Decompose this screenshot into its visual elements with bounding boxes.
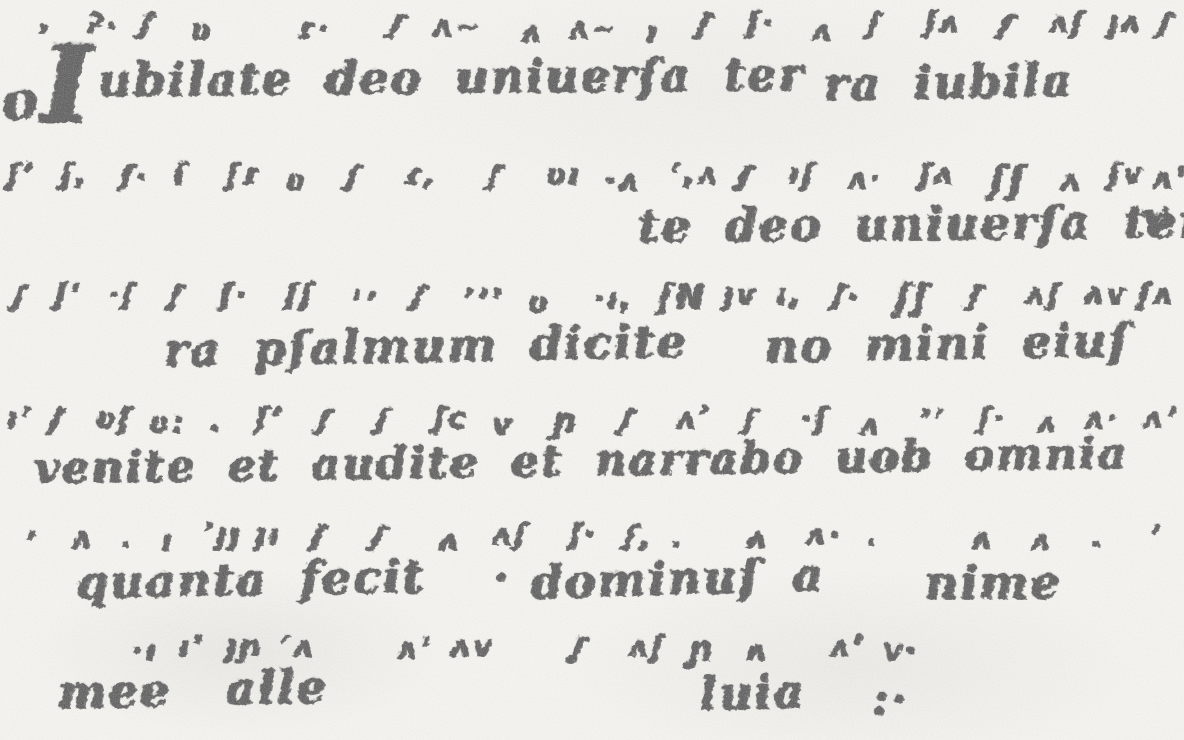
chant-text-segment: ra iubila [822,56,1073,106]
chant-text-segment: nime [924,558,1061,604]
neume-cluster: ı [645,14,658,48]
neume-cluster: ſ [172,156,188,190]
neume-cluster: ʃ, [59,156,88,190]
neume-cluster: ʼ [1148,518,1162,552]
neume-cluster: ʃ· [118,156,150,193]
neume-cluster: ʌʼ [829,628,865,662]
neume-cluster: ʃ [995,5,1018,42]
neume-cluster: ʃ [740,400,760,436]
neume-cluster: ʃʼ [255,400,284,434]
neume-cluster: ʌv [1083,276,1127,310]
neume-cluster: ɾ· [296,10,330,44]
neume-cluster: ʃʼ [6,156,35,190]
chant-text-segment: v [1138,191,1171,240]
neume-cluster: ʃ [373,400,392,435]
chant-text-segment: venite et audite et narrabo uob omnia [33,431,1128,490]
neume-cluster: ʃ· [746,4,775,38]
neume-cluster: ı, [776,276,803,310]
system-2: ʃʼʃ,ʃ·ſʃɾʋʃɾ,ʃʋı·ʌʼ,ʌʃıʃʌ·ʃʌʃʃʌʃvʌʼte de… [0,150,1184,268]
neume-cluster: ʌ [811,12,833,46]
system-5: ʼʌ·ıʼȷȷȷıʃʃʌʌʃʃ·ʃ,·ʌʌ··ʌʌ·ʼquanta fecit·… [0,514,1184,626]
neume-cluster: ʃ [485,156,505,192]
neume-cluster: ·ʃ [799,400,828,434]
neume-cluster: ʌʃ [628,628,665,662]
neume-cluster: ʃ [616,401,638,437]
neume-cluster: ʃ [408,277,430,313]
neume-cluster: ʃ [47,400,67,436]
neume-cluster: ʌv [450,628,494,662]
neume-cluster: ʃʃ [989,156,1027,200]
neume-cluster: ʃ, [622,516,654,553]
chant-text-segment: · [491,552,509,598]
neume-cluster: ʌ~ [432,8,481,42]
neume-cluster: ʌ [1030,522,1052,556]
neume-cluster: ıʼ [178,628,205,662]
neume-cluster: ʌ [1060,162,1082,196]
system-4: ıʼʃʋʃʋ:·ʃʼʃʃʃcvɲʃʌʼʃ·ʃʌʼʼʃ·ʌʌ·ʌʼvenite e… [0,398,1184,514]
neume-cluster: ʋ [189,12,211,46]
initial-flourish: o [0,69,41,128]
neume-cluster: ʃ [734,157,756,193]
chant-text-segment: ra pſalmum dicite [163,317,687,372]
neume-cluster: ʃʌ [1137,276,1174,310]
neume-cluster: ʌʼ [675,400,711,434]
neume-cluster: ʼ,ʌ [669,156,719,190]
neume-cluster: ʃ [385,5,408,42]
neume-cluster: ·ı, [592,280,633,314]
neume-cluster: ʃ· [829,276,863,314]
manuscript-content: ʼʔ·ʃʋɾ·ʃʌ~ʌʌ~ıʃʃ·ʌʃʃʌʃʌʃȷʌʃoIubilate deo… [0,0,1184,740]
neume-cluster: ʃ [693,5,715,41]
neume-cluster: ʼʼʼ [462,282,504,316]
neume-cluster: ʋʃ [95,400,132,434]
neume-cluster: ʃ [965,277,986,313]
neume-cluster: ʌ [521,14,543,48]
neume-cluster: ʃʼ [53,276,82,310]
neume-cluster: · [864,524,878,558]
system-3: ʃʃʼ·ʃʃʃ·ʃʃʼʼʃʼʼʼʋ·ı,ʃNȷvı,ʃ·ʃʃʃʌʃʌvʃʌra … [0,268,1184,398]
neume-cluster: ʃ [9,277,30,313]
neume-cluster: ·ʌ [604,162,640,196]
neume-cluster: ʃʃ [284,276,314,310]
chant-text-segment: no mini eiuſ [763,316,1129,368]
neume-cluster: ʃʌ [918,156,955,190]
neume-cluster: ı [160,522,173,556]
neume-cluster: ·ʃ [107,276,136,310]
neume-cluster: v· [882,632,918,666]
neume-cluster: ʌ [746,632,768,666]
system-1: ʼʔ·ʃʋɾ·ʃʌ~ʌʌ~ıʃʃ·ʌʃʃʌʃʌʃȷʌʃoIubilate deo… [0,0,1184,150]
neume-cluster: ʃ [343,157,364,193]
neume-cluster: ʃ [314,401,335,437]
neume-cluster: ʌʼ [1143,400,1179,434]
neume-cluster: ɾ, [403,156,437,190]
neume-cluster: ʼ [24,524,38,558]
neume-cluster: ȷʌ [1107,4,1142,38]
chant-text-segment: ubilate deo uniuerſa ter [97,50,804,102]
neume-cluster: ʃ [308,517,329,553]
chant-text-segment: luia [697,666,805,716]
neume-cluster: ʼʼ [349,284,377,318]
neume-cluster: ʌʃ [1024,276,1061,310]
neume-cluster: ʃɾ [225,156,260,190]
neume-cluster: ıʃ [787,156,815,190]
neume-cluster: ʃ [1154,5,1175,41]
neume-cluster: ʋ [527,284,549,318]
neume-cluster: ʌ [971,520,993,554]
chant-text-segment: mee [56,666,170,714]
neume-cluster: ʼȷȷ [201,516,241,550]
chant-text-segment: te deo uniuerſa ter [637,197,1184,248]
drop-cap-initial: I [40,30,90,136]
neume-cluster: ʋı [545,156,580,190]
manuscript-page: ʼʔ·ʃʋɾ·ʃʌ~ʌʌ~ıʃʃ·ʌʃʃʌʃʌʃȷʌʃoIubilate deo… [0,0,1184,740]
neume-cluster: ʃʃ [894,276,930,317]
neume-cluster: ʌ· [847,160,883,194]
neume-cluster: ʃN [657,276,706,316]
neume-cluster: ʃʌ [924,4,961,38]
neume-cluster: ʃ [166,276,186,312]
neume-cluster: ʃ [568,629,589,665]
neume-cluster: ʃ [136,5,157,41]
neume-cluster: ʌʼ [397,630,433,664]
system-6: ·ııʼȷɲʼʌʌʼʌvʃʌʃɲʌʌʼv·meealleluia:· [0,626,1184,740]
neume-cluster: ʋ [284,162,306,196]
neume-cluster: ʃc [432,400,467,434]
neume-cluster: ʼʌ [278,628,314,662]
neume-cluster: ȷɲ [225,628,262,662]
neume-cluster: ʃ [864,4,884,40]
neume-cluster: ʌ· [805,516,841,550]
neume-cluster: · [1089,526,1103,560]
chant-text-segment: quanta fecit [74,552,424,604]
chant-text-segment: :· [870,674,907,720]
neume-cluster: ȷv [722,276,757,310]
neume-cluster: ıʼ [6,400,33,434]
neume-cluster: ʃ· [219,276,248,310]
chant-text-segment: alle [224,662,327,710]
neume-cluster: ʌ [71,520,93,554]
neume-cluster: ʃv [1107,156,1144,190]
neume-cluster: ʋ: [148,404,185,438]
neume-cluster: ʌ [438,522,460,556]
neume-cluster: ʌʃ [1048,4,1085,38]
neume-cluster: ʌʃ [491,516,528,550]
neume-cluster: ·ı [130,632,157,666]
neume-cluster: ȷı [255,516,281,550]
neume-cluster: ɲ [687,628,714,668]
neume-cluster: ʌ~ [568,10,617,44]
chant-text-segment: dominuſ a [529,550,824,604]
neume-cluster: ʃ· [568,516,597,550]
